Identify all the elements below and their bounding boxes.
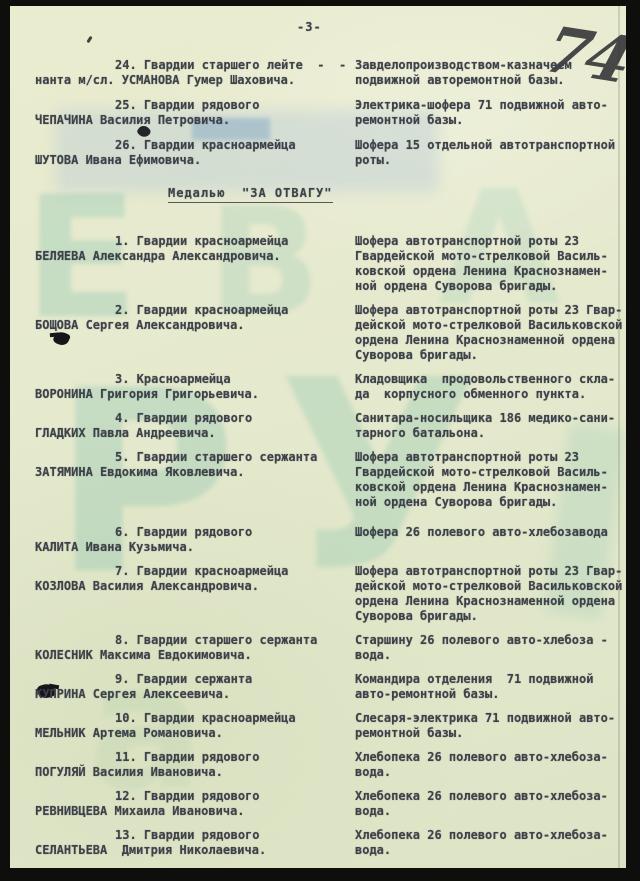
entry-duty-line: да корпусного обменного пункта.: [355, 387, 626, 402]
entry-row: 13. Гвардии рядовогоСЕЛАНТЬЕВА Дмитрия Н…: [35, 828, 626, 858]
entry-rank-name-line: ГЛАДКИХ Павла Андреевича.: [35, 426, 355, 441]
entry-duty: Шофера автотранспортной роты 23Гвардейск…: [355, 234, 626, 294]
entry-duty-line: подвижной авторемонтной базы.: [355, 73, 626, 88]
entry-rank-name: 12. Гвардии рядовогоРЕВНИВЦЕВА Михаила И…: [35, 789, 355, 819]
entry-duty-line: Суворова бригады.: [355, 348, 626, 363]
entry-duty: Шофера 26 полевого авто-хлебозавода: [355, 525, 626, 555]
entry-rank-name-line: 25. Гвардии рядового: [35, 98, 355, 113]
entry-rank-name: 9. Гвардии сержантаКУПРИНА Сергея Алексе…: [35, 672, 355, 702]
entry-rank-name-line: КОЛЕСНИК Максима Евдокимовича.: [35, 648, 355, 663]
entry-duty-line: ковской ордена Ленина Краснознамен-: [355, 264, 626, 279]
entry-duty-line: Санитара-носильщика 186 медико-сани-: [355, 411, 626, 426]
entry-rank-name: 24. Гвардии старшего лейте -нанта м/сл. …: [35, 58, 355, 88]
entry-duty-line: ордена Ленина Краснознаменной ордена: [355, 594, 626, 609]
entry-duty: Хлебопека 26 полевого авто-хлебоза-вода.: [355, 789, 626, 819]
entry-rank-name: 11. Гвардии рядовогоПОГУЛЯЙ Василия Иван…: [35, 750, 355, 780]
entry-row: 3. КрасноармейцаВОРОНИНА Григория Григор…: [35, 372, 626, 402]
entry-duty: Слесаря-электрика 71 подвижной авто-ремо…: [355, 711, 626, 741]
entry-rank-name: 6. Гвардии рядовогоКАЛИТА Ивана Кузьмича…: [35, 525, 355, 555]
entry-rank-name: 5. Гвардии старшего сержантаЗАТЯМИНА Евд…: [35, 450, 355, 510]
entry-duty-line: роты.: [355, 153, 626, 168]
entry-duty: Командира отделения 71 подвижнойавто-рем…: [355, 672, 626, 702]
entry-rank-name: 7. Гвардии красноармейцаКОЗЛОВА Василия …: [35, 564, 355, 624]
entry-duty-line: вода.: [355, 804, 626, 819]
entry-row: 5. Гвардии старшего сержантаЗАТЯМИНА Евд…: [35, 450, 626, 510]
section-header-medal-for-courage: Медалью "ЗА ОТВАГУ": [168, 185, 333, 203]
entry-duty-line: Шофера автотранспортной роты 23 Гвар-: [355, 564, 626, 579]
entry-rank-name-line: МЕЛЬНИК Артема Романовича.: [35, 726, 355, 741]
entry-duty-line: ремонтной базы.: [355, 726, 626, 741]
entry-row: 9. Гвардии сержантаКУПРИНА Сергея Алексе…: [35, 672, 626, 702]
document-page: Е В А Р У а -3- 74 24. Гвардии старшего …: [10, 6, 626, 868]
entry-duty-line: вода.: [355, 765, 626, 780]
entry-row: 11. Гвардии рядовогоПОГУЛЯЙ Василия Иван…: [35, 750, 626, 780]
entry-row: 10. Гвардии красноармейцаМЕЛЬНИК Артема …: [35, 711, 626, 741]
entry-duty-line: -Завделопроизводством-казначеем: [355, 58, 626, 73]
entry-rank-name-line: 3. Красноармейца: [35, 372, 355, 387]
entry-rank-name-line: 13. Гвардии рядового: [35, 828, 355, 843]
entry-rank-name-line: 24. Гвардии старшего лейте -: [35, 58, 355, 73]
entry-rank-name-line: ПОГУЛЯЙ Василия Ивановича.: [35, 765, 355, 780]
entry-duty-line: ной ордена Суворова бригады.: [355, 495, 626, 510]
entry-duty: Шофера автотранспортной роты 23Гвардейск…: [355, 450, 626, 510]
entry-duty: Санитара-носильщика 186 медико-сани-тарн…: [355, 411, 626, 441]
entry-duty: Хлебопека 26 полевого авто-хлебоза-вода.: [355, 828, 626, 858]
entry-duty-line: Электрика-шофера 71 подвижной авто-: [355, 98, 626, 113]
entry-duty-line: Гвардейской мото-стрелковой Василь-: [355, 465, 626, 480]
entry-duty-line: Старшину 26 полевого авто-хлебоза -: [355, 633, 626, 648]
scanned-document-frame: Е В А Р У а -3- 74 24. Гвардии старшего …: [0, 0, 640, 881]
entry-row: 12. Гвардии рядовогоРЕВНИВЦЕВА Михаила И…: [35, 789, 626, 819]
entry-row: 2. Гвардии красноармейцаБОЩОВА Сергея Ал…: [35, 303, 626, 363]
entry-row: 1. Гвардии красноармейцаБЕЛЯЕВА Александ…: [35, 234, 626, 294]
entry-rank-name-line: 5. Гвардии старшего сержанта: [35, 450, 355, 465]
entry-rank-name-line: 8. Гвардии старшего сержанта: [35, 633, 355, 648]
entry-duty: Шофера автотранспортной роты 23 Гвар-дей…: [355, 564, 626, 624]
entry-rank-name-line: ШУТОВА Ивана Ефимовича.: [35, 153, 355, 168]
entry-duty-line: вода.: [355, 843, 626, 858]
entry-rank-name: 26. Гвардии красноармейцаШУТОВА Ивана Еф…: [35, 138, 355, 168]
entry-row: 25. Гвардии рядовогоЧЕПАЧИНА Василия Пет…: [35, 98, 626, 128]
entry-duty-line: ной ордена Суворова бригады.: [355, 279, 626, 294]
entry-duty-line: Шофера автотранспортной роты 23 Гвар-: [355, 303, 626, 318]
entry-duty: Шофера автотранспортной роты 23 Гвар-дей…: [355, 303, 626, 363]
entry-duty-line: Шофера автотранспортной роты 23: [355, 450, 626, 465]
entry-rank-name: 3. КрасноармейцаВОРОНИНА Григория Григор…: [35, 372, 355, 402]
entry-rank-name-line: РЕВНИВЦЕВА Михаила Ивановича.: [35, 804, 355, 819]
medal-entries-list: 1. Гвардии красноармейцаБЕЛЯЕВА Александ…: [35, 234, 626, 858]
entry-rank-name-line: 26. Гвардии красноармейца: [35, 138, 355, 153]
entry-duty-line: ковской ордена Ленина Краснознамен-: [355, 480, 626, 495]
entry-rank-name-line: СЕЛАНТЬЕВА Дмитрия Николаевича.: [35, 843, 355, 858]
entry-duty-line: Слесаря-электрика 71 подвижной авто-: [355, 711, 626, 726]
entry-row: 24. Гвардии старшего лейте -нанта м/сл. …: [35, 58, 626, 88]
entry-duty: Хлебопека 26 полевого авто-хлебоза-вода.: [355, 750, 626, 780]
entry-duty-line: авто-ремонтной базы.: [355, 687, 626, 702]
entry-duty-line: Командира отделения 71 подвижной: [355, 672, 626, 687]
entry-rank-name-line: ВОРОНИНА Григория Григорьевича.: [35, 387, 355, 402]
entry-rank-name-line: КУПРИНА Сергея Алексеевича.: [35, 687, 355, 702]
entry-row: 4. Гвардии рядовогоГЛАДКИХ Павла Андреев…: [35, 411, 626, 441]
entry-duty: -Завделопроизводством-казначеемподвижной…: [355, 58, 626, 88]
entry-duty-line: Шофера 26 полевого авто-хлебозавода: [355, 525, 626, 540]
entry-rank-name-line: КАЛИТА Ивана Кузьмича.: [35, 540, 355, 555]
entry-rank-name-line: ЗАТЯМИНА Евдокима Яковлевича.: [35, 465, 355, 480]
entry-rank-name: 25. Гвардии рядовогоЧЕПАЧИНА Василия Пет…: [35, 98, 355, 128]
entry-duty-line: дейской мото-стрелковой Васильковской: [355, 579, 626, 594]
entry-duty-line: Кладовщика продовольственного скла-: [355, 372, 626, 387]
entry-rank-name: 13. Гвардии рядовогоСЕЛАНТЬЕВА Дмитрия Н…: [35, 828, 355, 858]
entry-rank-name-line: 2. Гвардии красноармейца: [35, 303, 355, 318]
entry-rank-name: 4. Гвардии рядовогоГЛАДКИХ Павла Андреев…: [35, 411, 355, 441]
entry-row: 8. Гвардии старшего сержантаКОЛЕСНИК Мак…: [35, 633, 626, 663]
entry-duty: Электрика-шофера 71 подвижной авто-ремон…: [355, 98, 626, 128]
entry-duty-line: Шофера автотранспортной роты 23: [355, 234, 626, 249]
entry-duty-line: Гвардейской мото-стрелковой Василь-: [355, 249, 626, 264]
entry-rank-name: 8. Гвардии старшего сержантаКОЛЕСНИК Мак…: [35, 633, 355, 663]
entry-rank-name-line: БОЩОВА Сергея Александровича.: [35, 318, 355, 333]
entry-duty-line: Суворова бригады.: [355, 609, 626, 624]
entry-rank-name-line: 4. Гвардии рядового: [35, 411, 355, 426]
entry-row: 7. Гвардии красноармейцаКОЗЛОВА Василия …: [35, 564, 626, 624]
entry-rank-name-line: 6. Гвардии рядового: [35, 525, 355, 540]
entry-rank-name-line: 12. Гвардии рядового: [35, 789, 355, 804]
entry-duty-line: Шофера 15 отдельной автотранспортной: [355, 138, 626, 153]
entry-rank-name-line: БЕЛЯЕВА Александра Александровича.: [35, 249, 355, 264]
entry-rank-name-line: ЧЕПАЧИНА Василия Петровича.: [35, 113, 355, 128]
entry-duty-line: дейской мото-стрелковой Васильковской: [355, 318, 626, 333]
entry-rank-name: 1. Гвардии красноармейцаБЕЛЯЕВА Александ…: [35, 234, 355, 294]
entry-duty-line: ордена Ленина Краснознаменной ордена: [355, 333, 626, 348]
entry-duty-line: Хлебопека 26 полевого авто-хлебоза-: [355, 828, 626, 843]
column-separator-dash: -: [339, 58, 346, 73]
entry-duty-line: тарного батальона.: [355, 426, 626, 441]
entry-rank-name-line: 1. Гвардии красноармейца: [35, 234, 355, 249]
entry-rank-name: 2. Гвардии красноармейцаБОЩОВА Сергея Ал…: [35, 303, 355, 363]
entry-rank-name-line: 10. Гвардии красноармейца: [35, 711, 355, 726]
entry-rank-name-line: 9. Гвардии сержанта: [35, 672, 355, 687]
entry-duty-line: Хлебопека 26 полевого авто-хлебоза-: [355, 789, 626, 804]
entry-duty-line: Хлебопека 26 полевого авто-хлебоза-: [355, 750, 626, 765]
entry-rank-name-line: нанта м/сл. УСМАНОВА Гумер Шаховича.: [35, 73, 355, 88]
entry-duty: Шофера 15 отдельной автотранспортнойроты…: [355, 138, 626, 168]
entry-rank-name: 10. Гвардии красноармейцаМЕЛЬНИК Артема …: [35, 711, 355, 741]
entry-duty: Кладовщика продовольственного скла-да ко…: [355, 372, 626, 402]
entry-rank-name-line: 7. Гвардии красноармейца: [35, 564, 355, 579]
entry-row: 26. Гвардии красноармейцаШУТОВА Ивана Еф…: [35, 138, 626, 168]
entry-rank-name-line: КОЗЛОВА Василия Александровича.: [35, 579, 355, 594]
entry-duty-line: вода.: [355, 648, 626, 663]
entry-rank-name-line: 11. Гвардии рядового: [35, 750, 355, 765]
top-entries-list: 24. Гвардии старшего лейте -нанта м/сл. …: [35, 58, 626, 168]
ink-speck: [86, 36, 92, 44]
entry-row: 6. Гвардии рядовогоКАЛИТА Ивана Кузьмича…: [35, 525, 626, 555]
entry-duty-line: ремонтной базы.: [355, 113, 626, 128]
entry-duty: Старшину 26 полевого авто-хлебоза -вода.: [355, 633, 626, 663]
